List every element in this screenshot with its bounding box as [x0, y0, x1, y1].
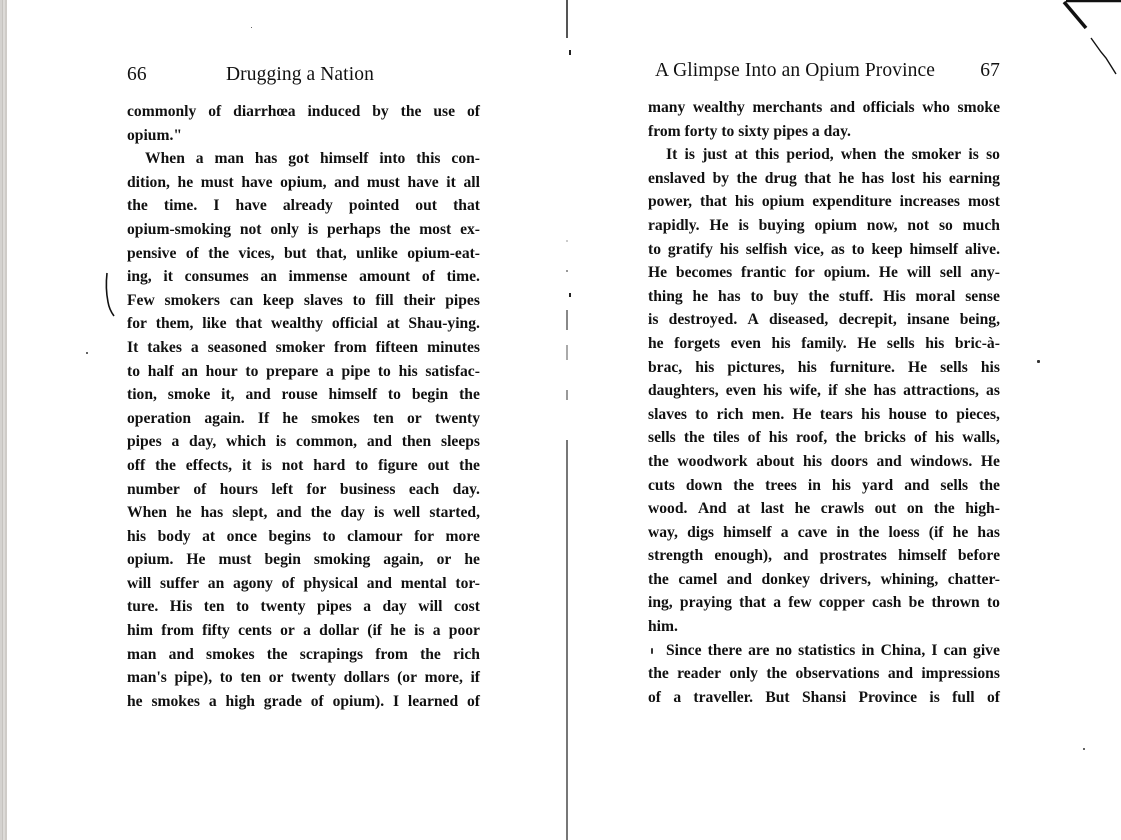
text-line: hesmokesahighgradeofopium).Ilearnedof: [127, 690, 480, 714]
text-line: heforgetsevenhisfamily.Hesellshisbric-à-: [648, 332, 1000, 356]
text-line: dition,hemusthaveopium,andmusthaveitall: [127, 171, 480, 195]
gutter-speck: [569, 293, 571, 297]
text-line: way,digshimselfacaveintheloess(ifhehas: [648, 521, 1000, 545]
text-line: hisbodyatoncebeginstoclamourformore: [127, 525, 480, 549]
text-line: opium.Hemustbeginsmokingagain,orhe: [127, 548, 480, 572]
text-line: thecamelanddonkeydrivers,whining,chatter…: [648, 568, 1000, 592]
text-line: manywealthymerchantsandofficialswhosmoke: [648, 96, 1000, 120]
text-line: manandsmokesthescrapingsfromtherich: [127, 643, 480, 667]
gutter-speck: [569, 50, 571, 55]
text-line: Whenamanhasgothimselfintothiscon-: [127, 147, 480, 171]
text-line: cutsdownthetreesinhisyardandsellsthe: [648, 474, 1000, 498]
text-line: man'spipe),totenortwentydollars(ormore,i…: [127, 666, 480, 690]
text-line: Hebecomesfranticforopium.Hewillsellany-: [648, 261, 1000, 285]
left-running-title: Drugging a Nation: [226, 64, 374, 86]
text-line: forthem,likethatwealthyofficialatShau-yi…: [127, 312, 480, 336]
scan-artifact-corner-icon: [1046, 0, 1121, 80]
text-line: ofatraveller.ButShansiProvinceisfullof: [648, 686, 1000, 710]
text-line: slavestorichmen.Hetearshishousetopieces,: [648, 403, 1000, 427]
text-line: Ittakesaseasonedsmokerfromfifteenminutes: [127, 336, 480, 360]
pencil-margin-line-icon: [104, 272, 118, 318]
scan-speck: [651, 648, 653, 654]
text-line: pensiveofthevices,butthat,unlikeopium-ea…: [127, 242, 480, 266]
right-running-title: A Glimpse Into an Opium Province: [655, 60, 935, 82]
text-line: commonlyofdiarrhœainducedbytheuseof: [127, 100, 480, 124]
text-line: thetime.Ihavealreadypointedoutthat: [127, 194, 480, 218]
text-line: offtheeffects,itisnothardtofigureoutthe: [127, 454, 480, 478]
right-body-text: manywealthymerchantsandofficialswhosmoke…: [648, 96, 1000, 709]
text-line: strengthenough),andprostrateshimselfbefo…: [648, 544, 1000, 568]
text-line: enslavedbythedrugthathehaslosthisearning: [648, 167, 1000, 191]
text-line: power,thathisopiumexpenditureincreasesmo…: [648, 190, 1000, 214]
text-line: brac,hispictures,hisfurniture.Hesellshis: [648, 356, 1000, 380]
text-line: thewoodworkabouthisdoorsandwindows.He: [648, 450, 1000, 474]
text-line: isdestroyed.Adiseased,decrepit,insanebei…: [648, 308, 1000, 332]
text-line: himfromfiftycentsoradollar(ifheisapoor: [127, 619, 480, 643]
text-line: ing,itconsumesanimmenseamountoftime.: [127, 265, 480, 289]
text-line: ture.Histentotwentypipesadaywillcost: [127, 595, 480, 619]
text-line: SincetherearenostatisticsinChina,Icangiv…: [648, 639, 1000, 663]
text-line: tohalfanhourtoprepareapipetohissatisfac-: [127, 360, 480, 384]
text-line: tion,smokeit,androusehimselftobeginthe: [127, 383, 480, 407]
text-line: opium-smokingnotonlyisperhapsthemostex-: [127, 218, 480, 242]
text-line: rapidly.Heisbuyingopiumnow,notsomuch: [648, 214, 1000, 238]
scan-speck: [86, 352, 88, 354]
text-line: him.: [648, 615, 1000, 639]
text-line: thinghehastobuythestuff.Hismoralsense: [648, 285, 1000, 309]
text-line: Fewsmokerscankeepslavestofilltheirpipes: [127, 289, 480, 313]
text-line: daughters,evenhiswife,ifshehasattraction…: [648, 379, 1000, 403]
left-body-text: commonlyofdiarrhœainducedbytheuseofopium…: [127, 100, 480, 713]
text-line: wood.Andatlasthecrawlsoutonthehigh-: [648, 497, 1000, 521]
scan-speck: [1037, 360, 1040, 363]
text-line: Itisjustatthisperiod,whenthesmokerisso: [648, 143, 1000, 167]
scan-speck: [1083, 748, 1085, 750]
page-gutter: [566, 0, 568, 840]
text-line: thereaderonlytheobservationsandimpressio…: [648, 662, 1000, 686]
text-line: pipesaday,whichiscommon,andthensleeps: [127, 430, 480, 454]
left-page-number: 66: [127, 64, 147, 86]
scan-speck: [251, 27, 252, 28]
text-line: togratifyhisselfishvice,astokeephimselfa…: [648, 238, 1000, 262]
viewer-left-edge: [0, 0, 7, 840]
text-line: from forty to sixty pipes a day.: [648, 120, 1000, 144]
text-line: opium.": [127, 124, 480, 148]
text-line: sellsthetilesofhisroof,thebricksofhiswal…: [648, 426, 1000, 450]
text-line: willsufferanagonyofphysicalandmentaltor-: [127, 572, 480, 596]
right-page-number: 67: [980, 60, 1000, 82]
text-line: ing,prayingthatafewcoppercashbethrownto: [648, 591, 1000, 615]
text-line: operationagain.Ifhesmokestenortwenty: [127, 407, 480, 431]
text-line: numberofhoursleftforbusinesseachday.: [127, 478, 480, 502]
text-line: Whenhehasslept,andthedayiswellstarted,: [127, 501, 480, 525]
